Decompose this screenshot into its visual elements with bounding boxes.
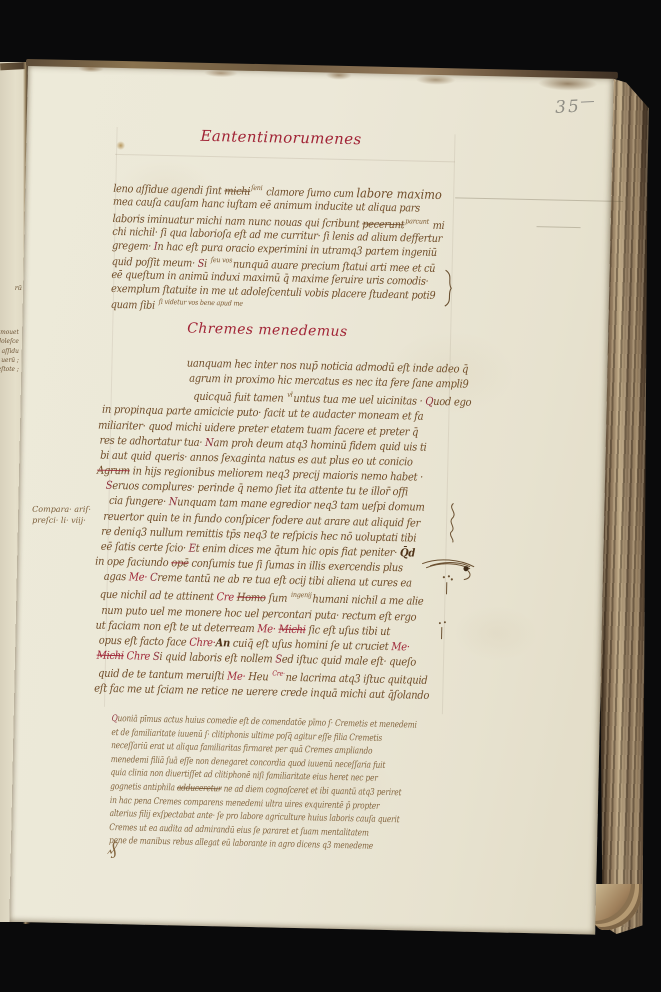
text-segment: s adoleſce (0, 337, 19, 345)
text-line: uos aſſidu (0, 347, 19, 356)
text-segment: Q̄d (400, 546, 415, 559)
text-line: q3 mouet (0, 328, 19, 337)
text-segment: que nichil ad te attinent (100, 588, 217, 604)
text-segment: Me· (129, 571, 148, 584)
margin-dots-mark (436, 620, 450, 642)
text-line: P uerū ; (0, 356, 19, 365)
text-segment: uod ego (433, 395, 471, 409)
text-segment: cia fungere· (109, 494, 169, 508)
text-segment: quid de te tantum meruiſti (98, 667, 227, 683)
text-segment: humani nichil a me alie (312, 593, 423, 608)
text-segment: An (215, 636, 230, 649)
text-segment: q3 mouet (0, 328, 19, 336)
text-segment: in ope faciundo (95, 555, 171, 570)
text-segment: parcunt (405, 217, 429, 226)
ruling-line (115, 154, 455, 162)
text-segment: labore maximo (356, 185, 442, 202)
margin-note-line: preſci· li· viij· (32, 515, 91, 526)
rubric-scene-heading: Chremes menedemus (187, 321, 348, 340)
text-segment: ſi videtur vos bene apud me (159, 298, 243, 308)
facing-fragment-top: rū (15, 284, 22, 293)
margin-squiggle-mark (444, 501, 463, 543)
text-segment: ne ad diem cognoſceret et ibi quantū atq… (221, 784, 401, 798)
scribal-flourish: ₰ (108, 837, 118, 860)
text-segment: Homo (237, 591, 266, 605)
text-segment: i (204, 257, 210, 270)
text-segment: quam ſibi (111, 298, 158, 312)
margin-note: Compara· ariſ· preſci· li· viij· (32, 504, 91, 526)
stain (538, 76, 598, 91)
text-segment: Heu (245, 670, 271, 684)
text-line: ueſtote ; (0, 365, 19, 374)
text-segment: untus tua me uel uicinitas · (293, 392, 425, 408)
ink-fleck (116, 141, 125, 150)
facing-fragment-lines: q3 mouets adoleſceuos aſſiduP uerū ;ueſt… (0, 328, 22, 374)
text-segment: gregem· (112, 239, 154, 253)
text-segment: quicquā fuit tamen (193, 390, 286, 405)
text-segment: opē (171, 556, 189, 569)
text-segment: Me· (257, 622, 278, 635)
text-segment: ed iſtuc quid male eſt· queſo (282, 653, 416, 669)
text-segment: Cre (216, 591, 237, 604)
text-segment: quid poſſit meum· (112, 255, 198, 270)
stained-top-edge (26, 59, 618, 79)
text-segment: Me· (391, 640, 410, 653)
text-segment: Chre (126, 649, 153, 663)
text-segment: Cre· (272, 670, 285, 678)
commentary-text-block: Quoniā pīmus actus huius comedie eſt de … (109, 713, 484, 857)
text-segment: Agrum (97, 464, 130, 478)
text-segment: Michi (97, 649, 124, 663)
text-segment: N (169, 496, 178, 509)
text-segment: ſeni (251, 184, 263, 192)
text-segment: Michi (278, 622, 305, 636)
text-segment: Chre· (189, 635, 216, 649)
prologue-text-block: leno aſſidue agendi ſint michiſeni clamo… (111, 179, 483, 320)
rubric-title: Eantentimorumenes (200, 127, 362, 149)
text-segment: vł (287, 391, 292, 399)
margin-brace-mark (441, 268, 458, 308)
text-segment: ſic eſt uſus tibi ut (305, 623, 390, 638)
text-line: s adoleſce (0, 337, 19, 346)
text-segment: ingenij (291, 591, 312, 599)
text-segment: P uerū ; (0, 356, 19, 364)
text-segment: agas (104, 570, 129, 584)
manuscript-page: 35 Eantentimorumenes Chremes menedemus l… (9, 63, 614, 935)
text-segment: Me· (227, 670, 246, 683)
folio-number: 35 (555, 96, 595, 118)
margin-dots-mark (440, 574, 454, 596)
margin-note-line: Compara· ariſ· (32, 504, 91, 515)
text-segment: michi (224, 184, 250, 198)
text-segment: gognetis antiphila (110, 782, 177, 793)
stain (416, 74, 456, 85)
text-segment: ſeu vos (211, 256, 233, 264)
text-segment: mi (430, 219, 445, 232)
text-segment: N (205, 436, 214, 449)
text-segment: uos aſſidu (0, 347, 19, 355)
text-segment: ueſtote ; (0, 365, 19, 373)
text-segment: ſum (266, 592, 291, 606)
text-segment: adduceretur (177, 783, 222, 794)
manuscript-photo: rū q3 mouets adoleſceuos aſſiduP uerū ;u… (0, 0, 661, 992)
text-segment: opus eſt facto face (99, 633, 190, 648)
ruling-line-extension (537, 226, 581, 228)
text-segment: pecerunt (362, 217, 404, 231)
text-segment: res te adhortatur tua· (99, 433, 205, 448)
text-segment: i quid laboris eſt nollem (159, 650, 275, 666)
text-segment: eē ſatis certe ſcio· (101, 540, 189, 555)
